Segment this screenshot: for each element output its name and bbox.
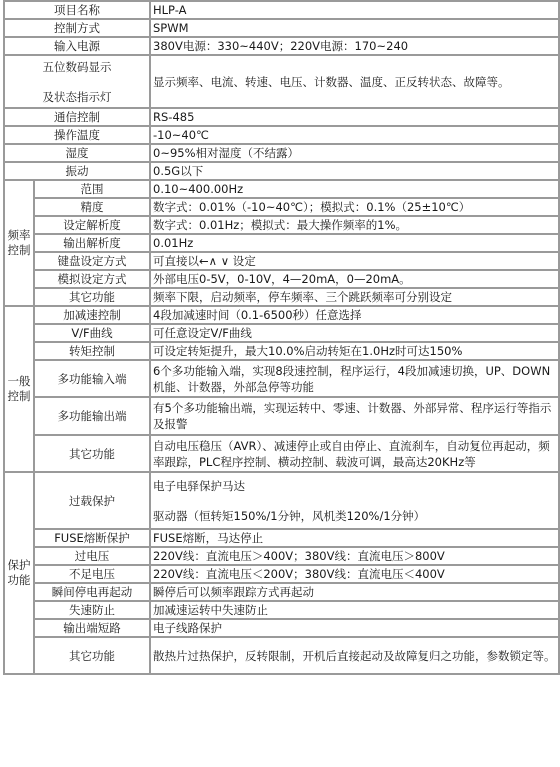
row-label: 转矩控制 (34, 342, 150, 360)
row-label-line2: 及状态指示灯 (7, 89, 147, 105)
table-row: 多功能输出端 有5个多功能输出端，实现运转中、零速、计数器、外部异常、程序运行等… (4, 397, 559, 435)
row-value: 220V线：直流电压＞400V；380V线：直流电压＞800V (150, 547, 559, 565)
row-value: 4段加减速时间（0.1-6500秒）任意选择 (150, 306, 559, 324)
row-value: 数字式：0.01Hz；模拟式：最大操作频率的1%。 (150, 216, 559, 234)
row-label: 模拟设定方式 (34, 270, 150, 288)
row-value: 有5个多功能输出端，实现运转中、零速、计数器、外部异常、程序运行等指示及报警 (150, 397, 559, 435)
table-row: 输入电源 380V电源：330~440V；220V电源：170~240 (4, 37, 559, 55)
row-value: 可设定转矩提升，最大10.0%启动转矩在1.0Hz时可达150% (150, 342, 559, 360)
table-row: 其它功能 散热片过热保护，反转限制，开机后直接起动及故障复归之功能，参数锁定等。 (4, 637, 559, 674)
row-value: 瞬停后可以频率跟踪方式再起动 (150, 583, 559, 601)
row-label: 项目名称 (4, 1, 150, 19)
spec-table: 项目名称 HLP-A 控制方式 SPWM 输入电源 380V电源：330~440… (3, 0, 560, 675)
row-value: -10~40℃ (150, 126, 559, 144)
row-label: 湿度 (4, 144, 150, 162)
table-row: 不足电压 220V线：直流电压＜200V；380V线：直流电压＜400V (4, 565, 559, 583)
row-value: 380V电源：330~440V；220V电源：170~240 (150, 37, 559, 55)
row-value: 0.10~400.00Hz (150, 180, 559, 198)
table-row: 通信控制 RS-485 (4, 108, 559, 126)
table-row: 控制方式 SPWM (4, 19, 559, 37)
row-label: 加减速控制 (34, 306, 150, 324)
table-row: 失速防止 加减速运转中失速防止 (4, 601, 559, 619)
row-label: 精度 (34, 198, 150, 216)
row-label: 过载保护 (34, 472, 150, 529)
category-protection: 保护 功能 (4, 472, 34, 674)
table-row: V/F曲线 可任意设定V/F曲线 (4, 324, 559, 342)
category-line1: 频率 (8, 228, 31, 242)
row-value: 散热片过热保护，反转限制，开机后直接起动及故障复归之功能，参数锁定等。 (150, 637, 559, 674)
category-frequency-control: 频率 控制 (4, 180, 34, 306)
row-value: SPWM (150, 19, 559, 37)
table-row: 振动 0.5G以下 (4, 162, 559, 180)
table-row: 一般 控制 加减速控制 4段加减速时间（0.1-6500秒）任意选择 (4, 306, 559, 324)
row-value-line2: 驱动器（恒转矩150%/1分钟，风机类120%/1分钟） (153, 508, 556, 524)
table-row: 湿度 0~95%相对湿度（不结露） (4, 144, 559, 162)
row-value: 数字式：0.01%（-10~40℃）；模拟式：0.1%（25±10℃） (150, 198, 559, 216)
row-value: 0.5G以下 (150, 162, 559, 180)
table-row: 保护 功能 过载保护 电子电驿保护马达 驱动器（恒转矩150%/1分钟，风机类1… (4, 472, 559, 529)
row-value: 0~95%相对湿度（不结露） (150, 144, 559, 162)
table-row: 精度 数字式：0.01%（-10~40℃）；模拟式：0.1%（25±10℃） (4, 198, 559, 216)
row-value: RS-485 (150, 108, 559, 126)
row-label: 失速防止 (34, 601, 150, 619)
table-row: 瞬间停电再起动 瞬停后可以频率跟踪方式再起动 (4, 583, 559, 601)
row-value: 显示频率、电流、转速、电压、计数器、温度、正反转状态、故障等。 (150, 55, 559, 108)
row-value-line1: 电子电驿保护马达 (153, 478, 556, 494)
row-label: 范围 (34, 180, 150, 198)
row-label: 键盘设定方式 (34, 252, 150, 270)
row-value: 6个多功能输入端，实现8段速控制，程序运行，4段加减速切换，UP、DOWN机能、… (150, 360, 559, 397)
row-label: 不足电压 (34, 565, 150, 583)
row-label: 通信控制 (4, 108, 150, 126)
category-line2: 功能 (8, 573, 31, 587)
row-label: V/F曲线 (34, 324, 150, 342)
row-value: 电子电驿保护马达 驱动器（恒转矩150%/1分钟，风机类120%/1分钟） (150, 472, 559, 529)
row-label: 五位数码显示 及状态指示灯 (4, 55, 150, 108)
table-row: 模拟设定方式 外部电压0-5V，0-10V，4—20mA，0—20mA。 (4, 270, 559, 288)
row-label: 多功能输入端 (34, 360, 150, 397)
category-line1: 一般 (8, 374, 31, 388)
row-label: 瞬间停电再起动 (34, 583, 150, 601)
table-row: 输出解析度 0.01Hz (4, 234, 559, 252)
row-value: HLP-A (150, 1, 559, 19)
row-label: 其它功能 (34, 288, 150, 306)
table-row: 频率 控制 范围 0.10~400.00Hz (4, 180, 559, 198)
table-row: 设定解析度 数字式：0.01Hz；模拟式：最大操作频率的1%。 (4, 216, 559, 234)
row-value: 自动电压稳压（AVR）、减速停止或自由停止、直流刹车，自动复位再起动，频率跟踪，… (150, 435, 559, 472)
table-row: 五位数码显示 及状态指示灯 显示频率、电流、转速、电压、计数器、温度、正反转状态… (4, 55, 559, 108)
row-value: 频率下限，启动频率，停车频率、三个跳跃频率可分别设定 (150, 288, 559, 306)
category-line2: 控制 (8, 243, 31, 257)
row-label: FUSE熔断保护 (34, 529, 150, 547)
table-row: 项目名称 HLP-A (4, 1, 559, 19)
row-label: 其它功能 (34, 435, 150, 472)
table-row: FUSE熔断保护 FUSE熔断，马达停止 (4, 529, 559, 547)
row-label: 其它功能 (34, 637, 150, 674)
row-value: 外部电压0-5V，0-10V，4—20mA，0—20mA。 (150, 270, 559, 288)
table-row: 键盘设定方式 可直接以←∧ ∨ 设定 (4, 252, 559, 270)
table-row: 转矩控制 可设定转矩提升，最大10.0%启动转矩在1.0Hz时可达150% (4, 342, 559, 360)
row-value: 可直接以←∧ ∨ 设定 (150, 252, 559, 270)
row-label: 过电压 (34, 547, 150, 565)
row-label: 控制方式 (4, 19, 150, 37)
row-value: 220V线：直流电压＜200V；380V线：直流电压＜400V (150, 565, 559, 583)
row-label: 输出解析度 (34, 234, 150, 252)
category-line2: 控制 (8, 389, 31, 403)
category-line1: 保护 (8, 558, 31, 572)
table-row: 多功能输入端 6个多功能输入端，实现8段速控制，程序运行，4段加减速切换，UP、… (4, 360, 559, 397)
row-label: 操作温度 (4, 126, 150, 144)
row-label: 输出端短路 (34, 619, 150, 637)
category-general-control: 一般 控制 (4, 306, 34, 472)
row-label: 多功能输出端 (34, 397, 150, 435)
row-label: 设定解析度 (34, 216, 150, 234)
table-row: 过电压 220V线：直流电压＞400V；380V线：直流电压＞800V (4, 547, 559, 565)
table-row: 其它功能 频率下限，启动频率，停车频率、三个跳跃频率可分别设定 (4, 288, 559, 306)
row-label-line1: 五位数码显示 (7, 59, 147, 75)
row-value: FUSE熔断，马达停止 (150, 529, 559, 547)
table-row: 操作温度 -10~40℃ (4, 126, 559, 144)
table-row: 其它功能 自动电压稳压（AVR）、减速停止或自由停止、直流刹车，自动复位再起动，… (4, 435, 559, 472)
row-value: 可任意设定V/F曲线 (150, 324, 559, 342)
row-label: 输入电源 (4, 37, 150, 55)
row-value: 电子线路保护 (150, 619, 559, 637)
row-value: 0.01Hz (150, 234, 559, 252)
table-row: 输出端短路 电子线路保护 (4, 619, 559, 637)
row-value: 加减速运转中失速防止 (150, 601, 559, 619)
row-label: 振动 (4, 162, 150, 180)
